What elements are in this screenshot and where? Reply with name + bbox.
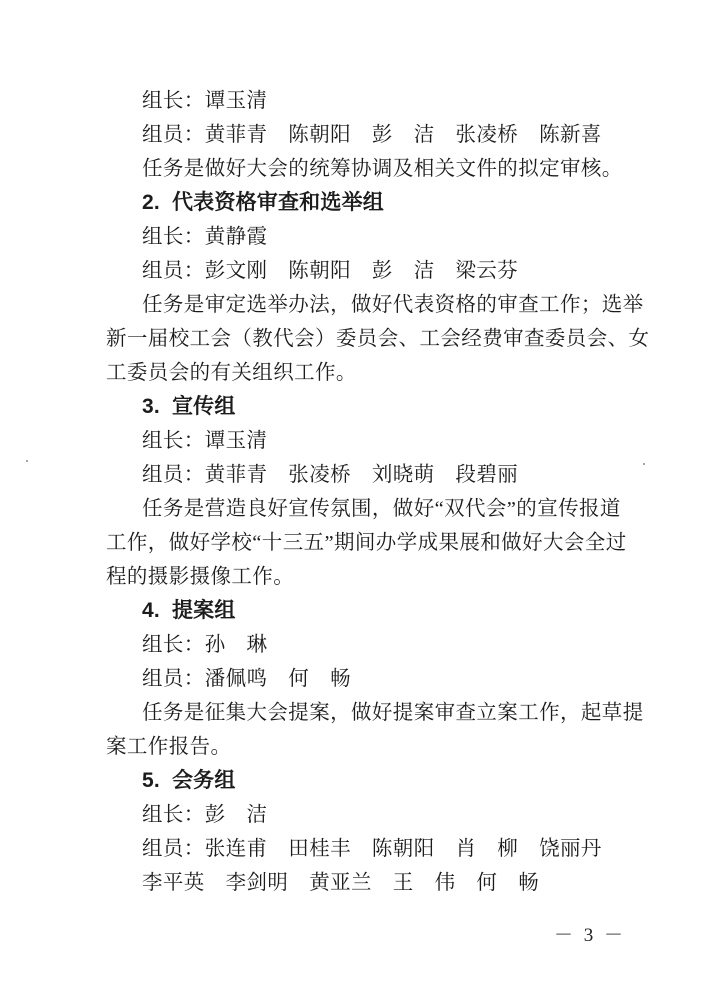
group3-members-line: 组员：黄菲青 张凌桥 刘晓萌 段碧丽 (106, 458, 646, 492)
group1-members-line: 组员：黄菲青 陈朝阳 彭 洁 张凌桥 陈新喜 (106, 118, 646, 152)
group2-heading: 2. 代表资格审查和选举组 (106, 186, 646, 220)
group4-task-line-1: 任务是征集大会提案，做好提案审查立案工作，起草提 (106, 696, 646, 730)
group5-leader-line: 组长：彭 洁 (106, 798, 646, 832)
group3-heading: 3. 宣传组 (106, 390, 646, 424)
group3-task-line-2: 工作，做好学校“十三五”期间办学成果展和做好大会全过 (106, 526, 646, 560)
document-body: 组长：谭玉清 组员：黄菲青 陈朝阳 彭 洁 张凌桥 陈新喜 任务是做好大会的统筹… (106, 84, 646, 900)
group5-heading: 5. 会务组 (106, 764, 646, 798)
group2-task-line-3: 工委员会的有关组织工作。 (106, 356, 646, 390)
group4-task-line-2: 案工作报告。 (106, 730, 646, 764)
group1-leader-line: 组长：谭玉清 (106, 84, 646, 118)
group3-task-line-1: 任务是营造良好宣传氛围，做好“双代会”的宣传报道 (106, 492, 646, 526)
group2-members-line: 组员：彭文刚 陈朝阳 彭 洁 梁云芬 (106, 254, 646, 288)
group4-heading: 4. 提案组 (106, 594, 646, 628)
group2-task-line-1: 任务是审定选举办法，做好代表资格的审查工作；选举 (106, 288, 646, 322)
group5-members-line-2: 李平英 李剑明 黄亚兰 王 伟 何 畅 (106, 866, 646, 900)
page-number: － 3 － (552, 920, 628, 947)
group2-leader-line: 组长：黄静霞 (106, 220, 646, 254)
group3-leader-line: 组长：谭玉清 (106, 424, 646, 458)
group5-members-line-1: 组员：张连甫 田桂丰 陈朝阳 肖 柳 饶丽丹 (106, 832, 646, 866)
group3-task-line-3: 程的摄影摄像工作。 (106, 560, 646, 594)
group4-members-line: 组员：潘佩鸣 何 畅 (106, 662, 646, 696)
scan-speck (643, 463, 645, 465)
scan-speck (26, 460, 28, 462)
group1-task-line: 任务是做好大会的统筹协调及相关文件的拟定审核。 (106, 152, 646, 186)
group2-task-line-2: 新一届校工会（教代会）委员会、工会经费审查委员会、女 (106, 322, 646, 356)
group4-leader-line: 组长：孙 琳 (106, 628, 646, 662)
